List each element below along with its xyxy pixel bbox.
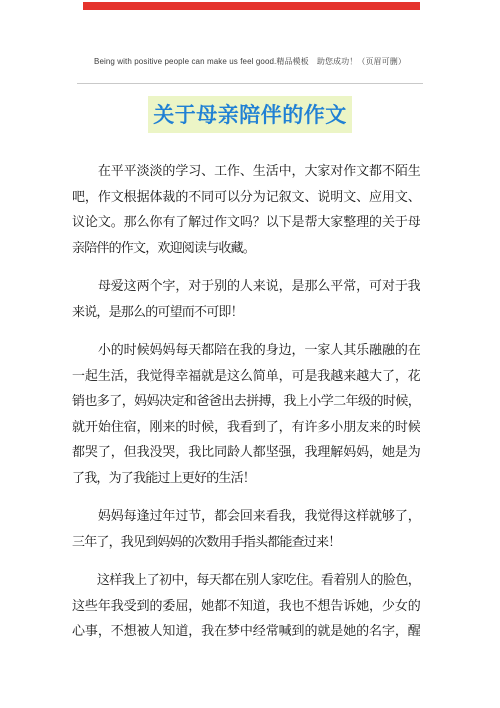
essay-paragraph: 小的时候妈妈每天都陪在我的身边，一家人其乐融融的在一起生活，我觉得幸福就是这么简…	[72, 337, 420, 490]
essay-paragraph: 在平平淡淡的学习、工作、生活中，大家对作文都不陌生吧，作文根据体裁的不同可以分为…	[72, 158, 420, 260]
essay-line: 一起生活，我觉得幸福就是这么简单，可是我越来越大了，花	[72, 363, 420, 389]
title-highlight: 关于母亲陪伴的作文	[148, 96, 352, 133]
essay-line: 小的时候妈妈每天都陪在我的身边，一家人其乐融融的在	[72, 337, 420, 363]
essay-line: 亲陪伴的作文，欢迎阅读与收藏。	[72, 235, 420, 261]
document-page: Being with positive people can make us f…	[0, 0, 500, 708]
essay-line: 吧，作文根据体裁的不同可以分为记叙文、说明文、应用文、	[72, 184, 420, 210]
essay-line: 销也多了，妈妈决定和爸爸出去拼搏，我上小学二年级的时候，	[72, 388, 420, 414]
essay-line: 妈妈每逢过年过节，都会回来看我，我觉得这样就够了，	[72, 503, 420, 529]
header-divider	[77, 83, 423, 84]
document-title: 关于母亲陪伴的作文	[153, 103, 347, 127]
essay-paragraph: 母爱这两个字，对于别的人来说，是那么平常，可对于我来说，是那么的可望而不可即！	[72, 273, 420, 324]
essay-line: 就开始住宿，刚来的时候，我看到了，有许多小朋友来的时候	[72, 414, 420, 440]
essay-line: 来说，是那么的可望而不可即！	[72, 299, 420, 325]
essay-paragraph: 这样我上了初中，每天都在别人家吃住。看着别人的脸色，这些年我受到的委屈，她都不知…	[72, 567, 420, 644]
essay-line: 议论文。那么你有了解过作文吗？以下是帮大家整理的关于母	[72, 209, 420, 235]
page-header-slogan: Being with positive people can make us f…	[0, 55, 500, 69]
essay-line: 三年了，我见到妈妈的次数用手指头都能查过来！	[72, 529, 420, 555]
essay-line: 在平平淡淡的学习、工作、生活中，大家对作文都不陌生	[72, 158, 420, 184]
essay-line: 都哭了，但我没哭，我比同龄人都坚强，我理解妈妈，她是为	[72, 439, 420, 465]
top-accent-bar	[83, 2, 420, 10]
essay-line: 母爱这两个字，对于别的人来说，是那么平常，可对于我	[72, 273, 420, 299]
essay-line: 了我，为了我能过上更好的生活！	[72, 465, 420, 491]
essay-body: 在平平淡淡的学习、工作、生活中，大家对作文都不陌生吧，作文根据体裁的不同可以分为…	[72, 158, 420, 657]
essay-paragraph: 妈妈每逢过年过节，都会回来看我，我觉得这样就够了，三年了，我见到妈妈的次数用手指…	[72, 503, 420, 554]
essay-line: 这些年我受到的委屈，她都不知道，我也不想告诉她，少女的	[72, 593, 420, 619]
essay-line: 这样我上了初中，每天都在别人家吃住。看着别人的脸色，	[72, 567, 420, 593]
essay-line: 心事，不想被人知道，我在梦中经常喊到的就是她的名字，醒	[72, 618, 420, 644]
title-row: 关于母亲陪伴的作文	[0, 96, 500, 133]
